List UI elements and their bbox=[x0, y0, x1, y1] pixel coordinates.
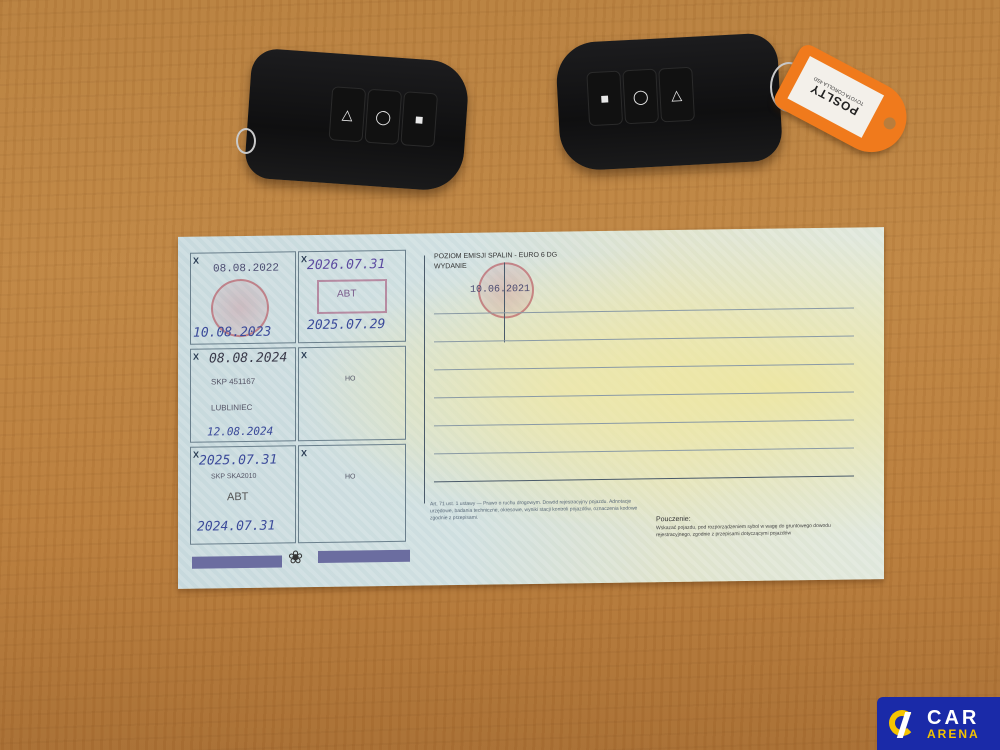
cell-mark: X bbox=[193, 352, 199, 362]
lock-icon: ■ bbox=[586, 71, 623, 127]
inspection-cell-5: X 2025.07.31 SKP SKA2010 ABT 2024.07.31 bbox=[190, 445, 296, 544]
fine-print-legal: Art. 71 ust. 1 ustawy — Prawo o ruchu dr… bbox=[430, 498, 644, 543]
stamp-text: ABT bbox=[337, 288, 356, 299]
handwritten-date: 2026.07.31 bbox=[307, 257, 385, 273]
logo-text-arena: ARENA bbox=[927, 728, 980, 740]
car-arena-logo: CAR ARENA bbox=[877, 697, 1000, 750]
form-line bbox=[434, 391, 854, 398]
form-line bbox=[434, 335, 854, 342]
handwritten-date: 12.08.2024 bbox=[207, 425, 273, 439]
lock-icon: ■ bbox=[400, 91, 438, 147]
left-key-fob: △ ◯ ■ bbox=[244, 48, 471, 193]
printed-date: 08.08.2022 bbox=[213, 263, 279, 276]
form-line bbox=[434, 447, 854, 454]
station-city: LUBLINIEC bbox=[211, 403, 252, 413]
station-code: SKP 451167 bbox=[211, 377, 255, 387]
station-code: SKP SKA2010 bbox=[211, 473, 256, 481]
inspection-cell-1: X 08.08.2022 10.08.2023 bbox=[190, 251, 296, 344]
page-divider bbox=[424, 255, 425, 503]
form-line bbox=[434, 363, 854, 370]
handwritten-date: 2025.07.29 bbox=[307, 317, 385, 333]
cell-mark: X bbox=[301, 350, 307, 360]
handwritten-date: 2024.07.31 bbox=[197, 519, 275, 535]
logo-text-car: CAR bbox=[927, 708, 980, 728]
inspection-cell-6: X HO bbox=[298, 444, 406, 544]
cell-small-text: HO bbox=[345, 375, 356, 382]
cell-small-text: HO bbox=[345, 473, 356, 480]
form-line bbox=[434, 475, 854, 482]
unlock-icon: ◯ bbox=[622, 69, 659, 125]
notes-heading: Pouczenie: bbox=[656, 516, 691, 523]
cell-mark: X bbox=[193, 256, 199, 266]
issue-date: 10.06.2021 bbox=[470, 284, 530, 296]
trunk-icon: △ bbox=[658, 67, 695, 123]
unlock-icon: ◯ bbox=[364, 89, 402, 145]
issue-header: WYDANIE bbox=[434, 263, 467, 270]
decorative-band-left bbox=[192, 555, 282, 568]
car-arena-logo-icon bbox=[889, 710, 917, 738]
notes-text: Wskazać pojazdu, pod rozporządzeniem syb… bbox=[656, 523, 852, 548]
form-line bbox=[434, 419, 854, 426]
stamp-box: ABT bbox=[317, 279, 387, 314]
trunk-icon: △ bbox=[329, 86, 367, 142]
eagle-emblem-icon: ❀ bbox=[288, 547, 303, 568]
printed-date: 08.08.2024 bbox=[209, 350, 287, 366]
handwritten-date: 10.08.2023 bbox=[193, 325, 271, 341]
decorative-band-right bbox=[318, 550, 410, 563]
emission-header: POZIOM EMISJI SPALIN - EURO 6 DG bbox=[434, 252, 557, 261]
inspection-cell-3: X 08.08.2024 SKP 451167 LUBLINIEC 12.08.… bbox=[190, 347, 296, 442]
tag-hole bbox=[882, 115, 898, 131]
inspection-cell-2: X 2026.07.31 ABT 2025.07.29 bbox=[298, 250, 406, 344]
registration-document: X 08.08.2022 10.08.2023 X 2026.07.31 ABT… bbox=[178, 227, 884, 589]
stamp-line bbox=[504, 262, 505, 342]
cell-mark: X bbox=[301, 448, 307, 458]
right-key-fob: ■ ◯ △ bbox=[555, 32, 783, 171]
handwritten-date: 2025.07.31 bbox=[199, 453, 277, 469]
inspection-cell-4: X HO bbox=[298, 346, 406, 442]
key-ring-left bbox=[236, 128, 256, 154]
stamp-text: ABT bbox=[227, 491, 248, 503]
